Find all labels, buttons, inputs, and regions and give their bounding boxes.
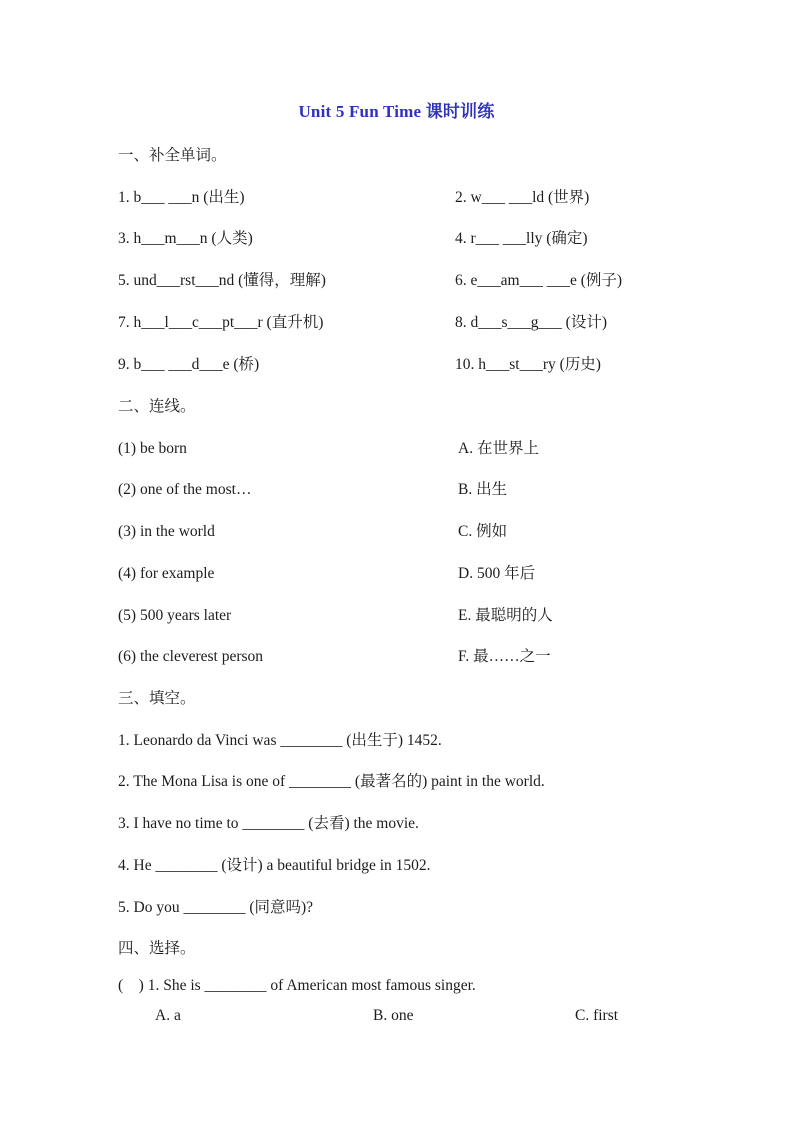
match-right-f: F. 最……之一: [458, 647, 551, 667]
match-left-3: (3) in the world: [118, 522, 215, 542]
match-right-e: E. 最聪明的人: [458, 606, 553, 626]
word-item-10: 10. h___st___ry (历史): [455, 355, 601, 375]
word-item-3: 3. h___m___n (人类): [118, 229, 253, 249]
section-two-heading: 二、连线。: [118, 397, 196, 417]
word-item-6: 6. e___am___ ___e (例子): [455, 271, 622, 291]
fill-item-5: 5. Do you ________ (同意吗)?: [118, 898, 313, 918]
match-right-b: B. 出生: [458, 480, 507, 500]
fill-item-2: 2. The Mona Lisa is one of ________ (最著名…: [118, 772, 545, 792]
word-item-7: 7. h___l___c___pt___r (直升机): [118, 313, 323, 333]
worksheet-page: Unit 5 Fun Time 课时训练 一、补全单词。 1. b___ ___…: [0, 0, 793, 1122]
match-left-6: (6) the cleverest person: [118, 647, 263, 667]
page-title: Unit 5 Fun Time 课时训练: [0, 102, 793, 122]
match-left-4: (4) for example: [118, 564, 214, 584]
match-right-a: A. 在世界上: [458, 439, 539, 459]
word-item-9: 9. b___ ___d___e (桥): [118, 355, 259, 375]
choice-option-b: B. one: [373, 1006, 413, 1026]
match-right-d: D. 500 年后: [458, 564, 535, 584]
choice-option-c: C. first: [575, 1006, 618, 1026]
word-item-8: 8. d___s___g___ (设计): [455, 313, 607, 333]
match-left-5: (5) 500 years later: [118, 606, 231, 626]
choice-question: ( ) 1. She is ________ of American most …: [118, 976, 476, 996]
word-item-2: 2. w___ ___ld (世界): [455, 188, 589, 208]
word-item-1: 1. b___ ___n (出生): [118, 188, 245, 208]
fill-item-4: 4. He ________ (设计) a beautiful bridge i…: [118, 856, 431, 876]
match-left-2: (2) one of the most…: [118, 480, 251, 500]
section-four-heading: 四、选择。: [118, 939, 196, 959]
choice-option-a: A. a: [155, 1006, 181, 1026]
match-right-c: C. 例如: [458, 522, 507, 542]
word-item-4: 4. r___ ___lly (确定): [455, 229, 588, 249]
fill-item-3: 3. I have no time to ________ (去看) the m…: [118, 814, 419, 834]
fill-item-1: 1. Leonardo da Vinci was ________ (出生于) …: [118, 731, 442, 751]
section-three-heading: 三、填空。: [118, 689, 196, 709]
section-one-heading: 一、补全单词。: [118, 146, 227, 166]
match-left-1: (1) be born: [118, 439, 187, 459]
word-item-5: 5. und___rst___nd (懂得，理解): [118, 271, 326, 291]
